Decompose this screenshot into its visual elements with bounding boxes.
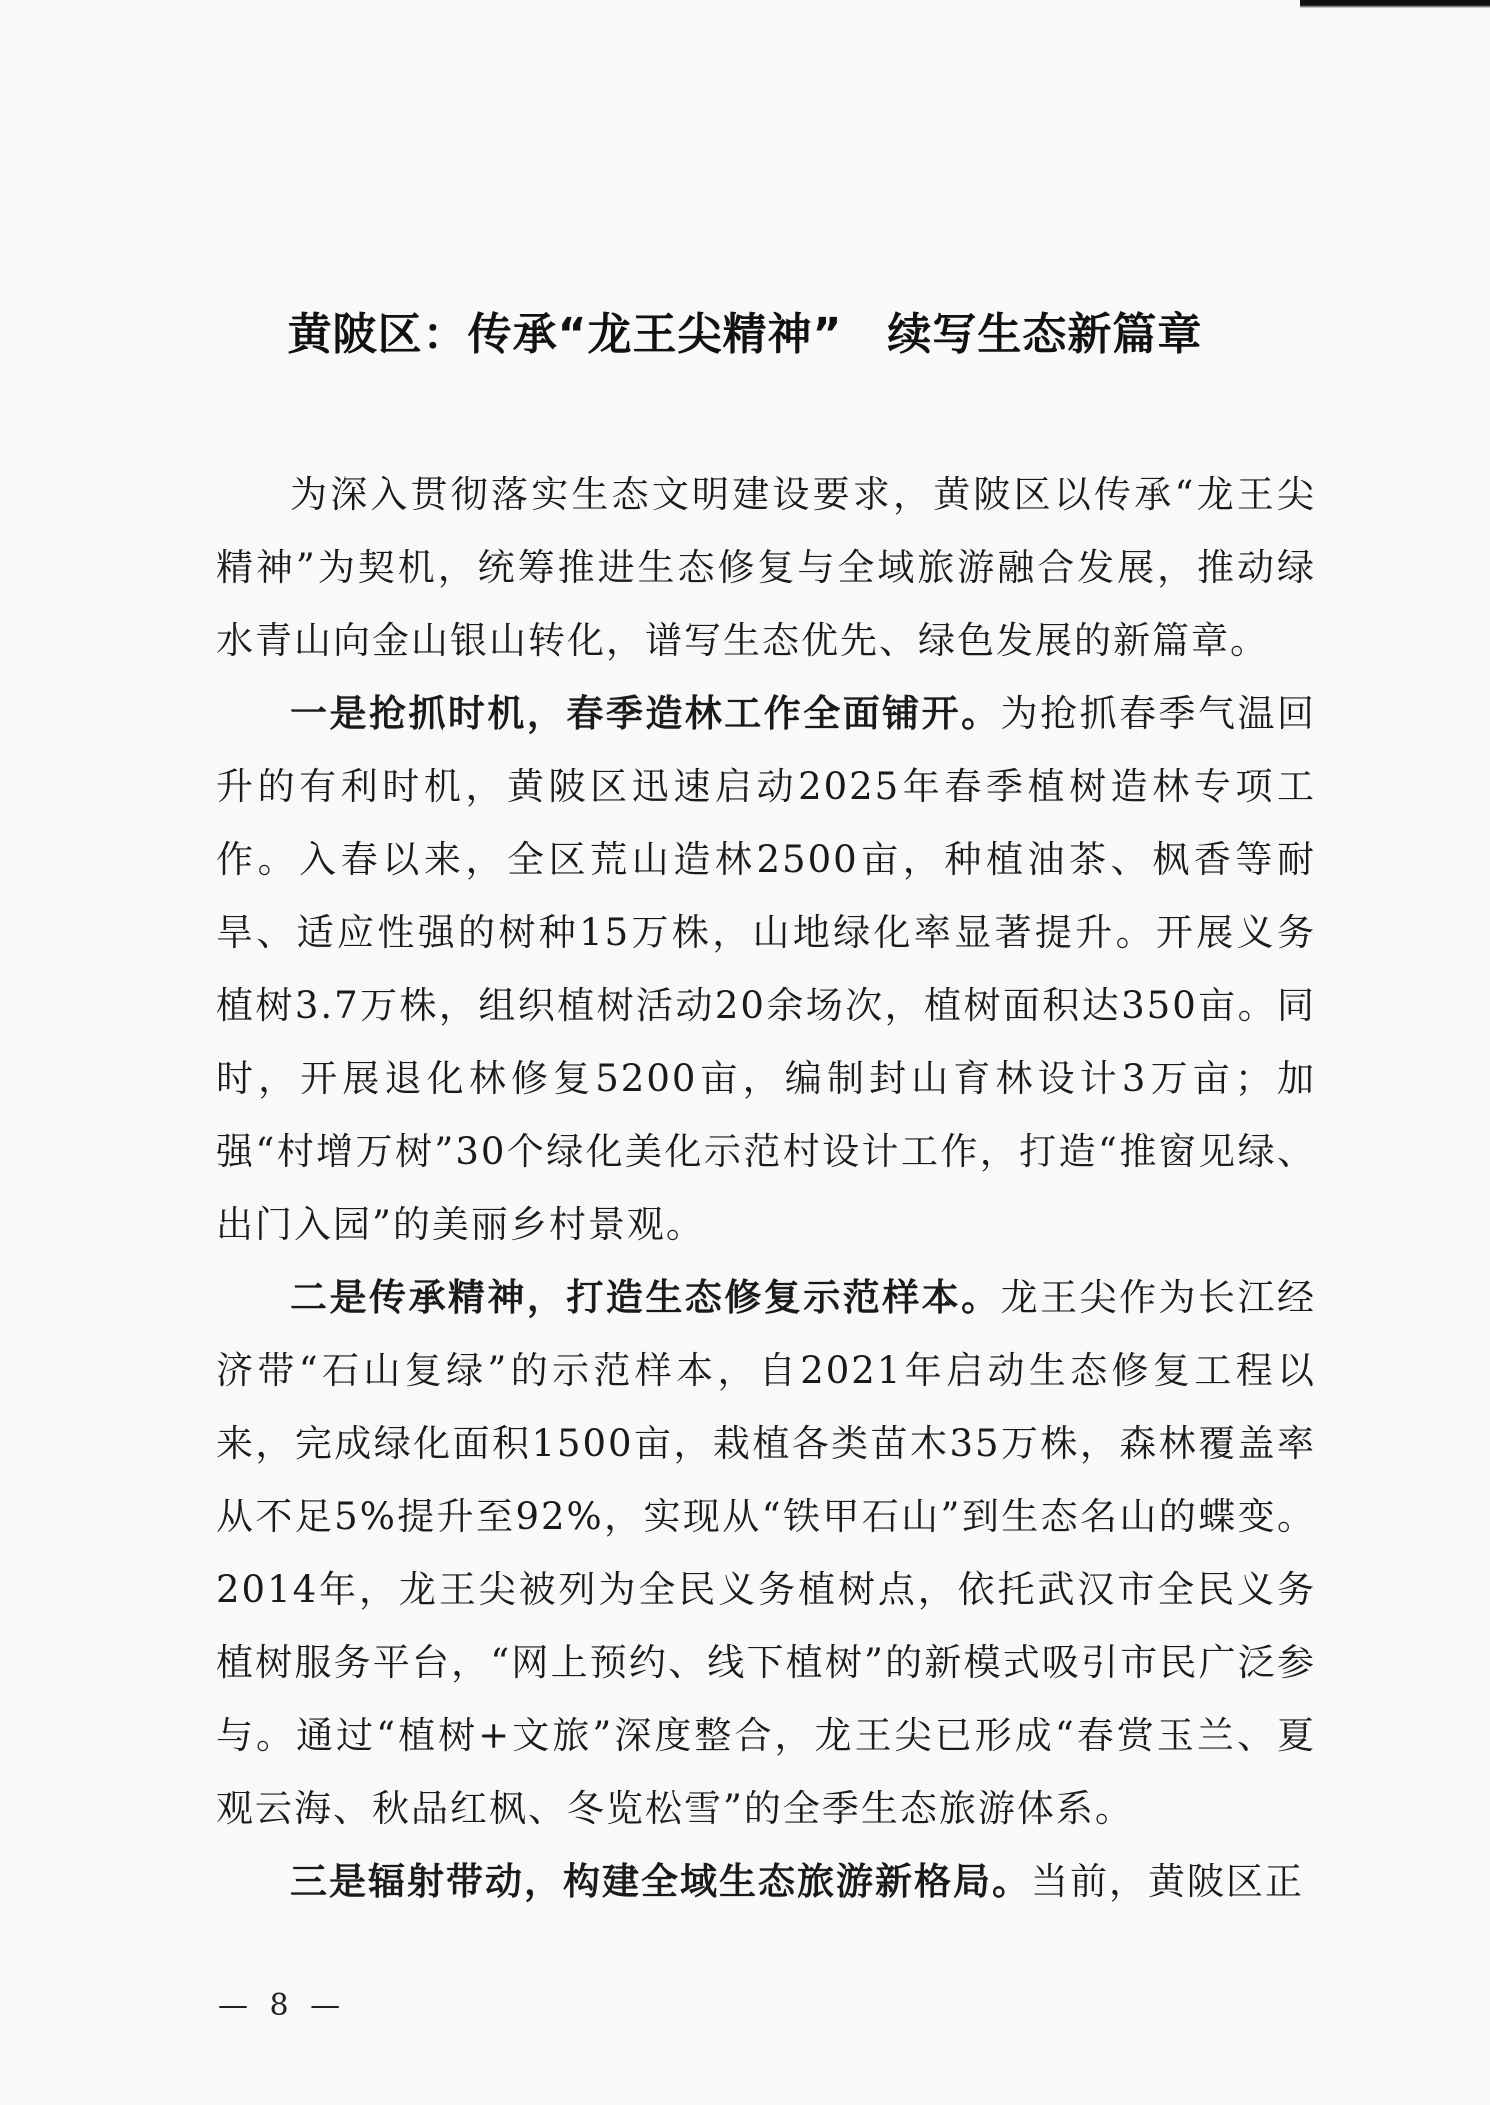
page-number: — 8 — (218, 1988, 346, 2023)
paragraph-point-1: 一是抢抓时机，春季造林工作全面铺开。为抢抓春季气温回升的有利时机，黄陂区迅速启动… (216, 677, 1316, 1261)
document-body: 为深入贯彻落实生态文明建设要求，黄陂区以传承“龙王尖精神”为契机，统筹推进生态修… (216, 458, 1316, 1918)
document-title: 黄陂区：传承“龙王尖精神” 续写生态新篇章 (0, 298, 1490, 362)
paragraph-intro: 为深入贯彻落实生态文明建设要求，黄陂区以传承“龙王尖精神”为契机，统筹推进生态修… (216, 458, 1316, 677)
paragraph-point-3: 三是辐射带动，构建全域生态旅游新格局。当前，黄陂区正 (216, 1845, 1316, 1918)
paragraph-text: 为深入贯彻落实生态文明建设要求，黄陂区以传承“龙王尖精神”为契机，统筹推进生态修… (216, 473, 1316, 662)
paragraph-lead: 三是辐射带动，构建全域生态旅游新格局。 (290, 1859, 1031, 1903)
paragraph-point-2: 二是传承精神，打造生态修复示范样本。龙王尖作为长江经济带“石山复绿”的示范样本，… (216, 1261, 1316, 1845)
paragraph-text: 当前，黄陂区正 (1031, 1860, 1304, 1903)
paragraph-lead: 一是抢抓时机，春季造林工作全面铺开。 (290, 691, 1001, 735)
paragraph-lead: 二是传承精神，打造生态修复示范样本。 (290, 1275, 1001, 1319)
document-page: 黄陂区：传承“龙王尖精神” 续写生态新篇章 为深入贯彻落实生态文明建设要求，黄陂… (0, 0, 1490, 2105)
paragraph-text: 龙王尖作为长江经济带“石山复绿”的示范样本，自2021年启动生态修复工程以来，完… (216, 1276, 1316, 1830)
paragraph-text: 为抢抓春季气温回升的有利时机，黄陂区迅速启动2025年春季植树造林专项工作。入春… (216, 692, 1316, 1246)
